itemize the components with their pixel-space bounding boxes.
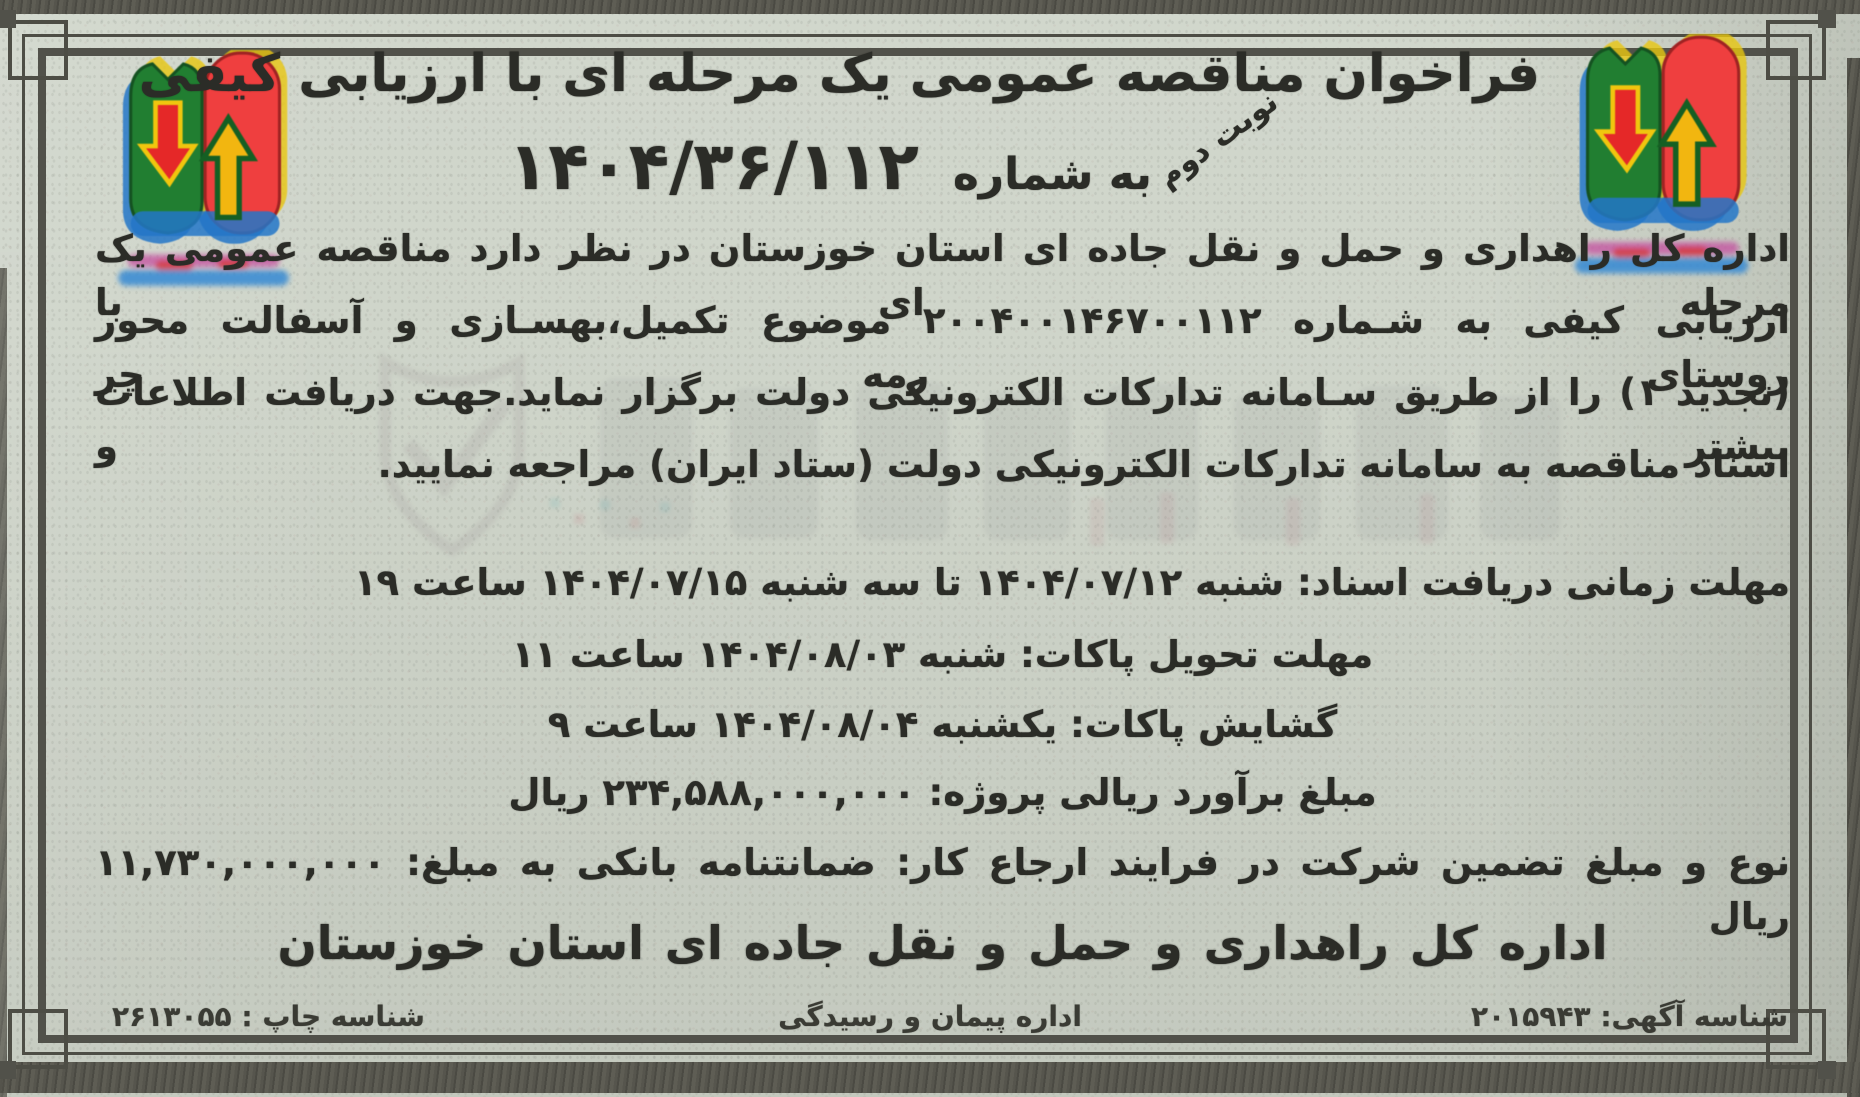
scan-edge-bottom bbox=[0, 1062, 1860, 1093]
schedule-line-envelope-deadline: مهلت تحویل پاکات: شنبه ۱۴۰۴/۰۸/۰۳ ساعت ۱… bbox=[95, 628, 1790, 682]
tender-number-row: به شماره ۱۴۰۴/۳۶/۱۱۲ bbox=[380, 128, 1280, 205]
border-corner-ornament bbox=[8, 20, 68, 80]
scan-edge-left bbox=[0, 268, 7, 1097]
print-id-label: شناسه چاپ : bbox=[241, 1000, 425, 1033]
ad-id: شناسه آگهی: ۲۰۱۵۹۴۳ bbox=[1471, 1000, 1788, 1033]
print-id-value: ۲۶۱۳۰۵۵ bbox=[112, 1000, 232, 1033]
department-name: اداره پیمان و رسیدگی bbox=[640, 1000, 1220, 1033]
tender-number-label: به شماره bbox=[953, 149, 1152, 200]
ad-id-label: شناسه آگهی: bbox=[1600, 1000, 1788, 1033]
tender-number-value: ۱۴۰۴/۳۶/۱۱۲ bbox=[508, 128, 919, 205]
schedule-line-documents-deadline: مهلت زمانی دریافت اسناد: شنبه ۱۴۰۴/۰۷/۱۲… bbox=[95, 556, 1790, 610]
schedule-line-opening: گشایش پاکات: یکشنبه ۱۴۰۴/۰۸/۰۴ ساعت ۹ bbox=[95, 698, 1790, 752]
print-id: شناسه چاپ : ۲۶۱۳۰۵۵ bbox=[112, 1000, 425, 1033]
border-corner-ornament bbox=[8, 1009, 68, 1069]
border-corner-ornament bbox=[1766, 20, 1826, 80]
signature-organization: اداره کل راهداری و حمل و نقل جاده ای است… bbox=[95, 916, 1790, 970]
ad-title: فراخوان مناقصه عمومی یک مرحله ای با ارزی… bbox=[320, 44, 1540, 104]
body-line: اسناد مناقصه به سامانه تدارکات الکترونیک… bbox=[95, 438, 1790, 492]
newspaper-tender-ad: فراخوان مناقصه عمومی یک مرحله ای با ارزی… bbox=[0, 0, 1860, 1097]
ad-id-value: ۲۰۱۵۹۴۳ bbox=[1471, 1000, 1591, 1033]
schedule-line-estimate-amount: مبلغ برآورد ریالی پروژه: ۲۳۴,۵۸۸,۰۰۰,۰۰۰… bbox=[95, 766, 1790, 820]
scan-edge-top bbox=[0, 0, 1860, 14]
scan-edge-right bbox=[1847, 58, 1860, 1097]
